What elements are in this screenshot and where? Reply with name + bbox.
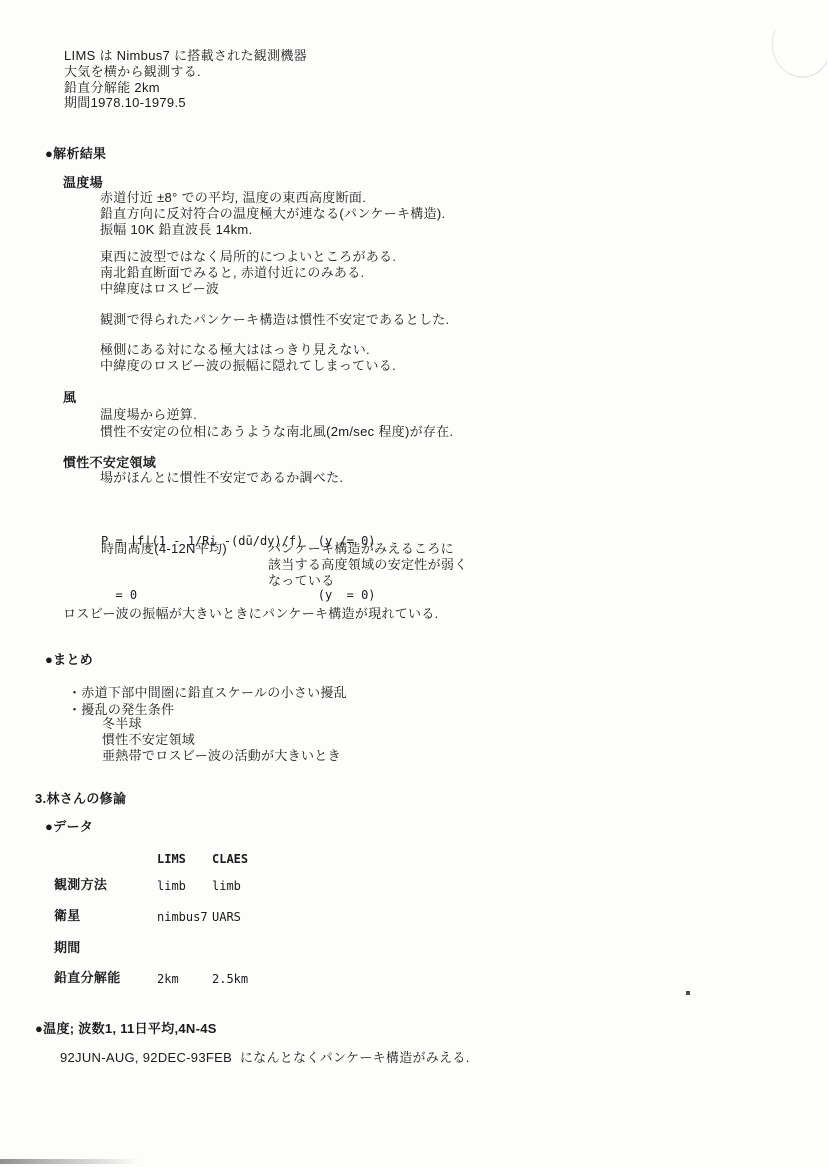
table-row-label: 鉛直分解能 [54,970,121,986]
intro-block: LIMS は Nimbus7 に搭載された観測機器 大気を横から観測する. 鉛直… [64,48,307,111]
scan-edge-smudge [0,1159,140,1164]
condition-line: 亜熱帯でロスビー波の活動が大きいとき [102,748,341,764]
temp-result-heading: ●温度; 波数1, 11日平均,4N-4S [35,1021,217,1037]
text-line: 振幅 10K 鉛直波長 14km. [100,222,445,238]
text-line: パンケーキ構造がみえるころに [268,541,468,557]
table-row-label: 期間 [54,940,81,956]
text-line: 南北鉛直断面でみると, 赤道付近にのみある. [100,265,396,281]
text-line: 中緯度のロスビー波の振幅に隠れてしまっている. [100,358,396,374]
text-line: 中緯度はロスビー波 [100,281,396,297]
text-line: 東西に波型ではなく局所的につよいところがある. [100,249,396,265]
page-curl-mark [764,7,828,86]
table-cell: 2km [157,970,179,988]
wind-para: 温度場から逆算. 慣性不安定の位相にあうような南北風(2m/sec 程度)が存在… [100,406,453,440]
summary-conditions: 冬半球 慣性不安定領域 亜熱帯でロスビー波の活動が大きいとき [102,716,341,763]
table-row-label: 衛星 [54,908,81,924]
table-cell: limb [157,877,186,895]
temperature-field-label: 温度場 [63,175,103,191]
data-heading: ●データ [45,819,93,835]
temperature-para1: 赤道付近 ±8° での平均, 温度の東西高度断面. 鉛直方向に反対符合の温度極大… [100,190,445,237]
intro-line: 期間1978.10-1979.5 [64,95,307,111]
bullet-line: ・赤道下部中間圏に鉛直スケールの小さい擾乱 [68,684,347,701]
scanned-document-page: LIMS は Nimbus7 に搭載された観測機器 大気を横から観測する. 鉛直… [0,0,828,1167]
intro-line: 鉛直分解能 2km [64,80,307,96]
condition-line: 冬半球 [102,716,341,732]
text-line: 鉛直方向に反対符合の温度極大が連なる(パンケーキ構造). [100,206,445,222]
intro-line: 大気を横から観測する. [64,64,307,80]
table-cell: limb [212,877,241,895]
analysis-heading: ●解析結果 [45,146,106,162]
table-row-label: 観測方法 [54,877,107,893]
inertial-intro: 場がほんとに慣性不安定であるか調べた. [100,470,343,486]
text-line: 温度場から逆算. [100,406,453,423]
wind-label: 風 [63,390,76,406]
inertial-region-label: 慣性不安定領域 [63,455,156,471]
temperature-para3: 観測で得られたパンケーキ構造は慣性不安定であるとした. [100,312,449,328]
text-line: 赤道付近 ±8° での平均, 温度の東西高度断面. [100,190,445,206]
time-height-label: 時間高度(4-12N平均) [101,541,227,557]
ink-speck [686,991,690,995]
time-height-note: パンケーキ構造がみえるころに 該当する高度領域の安定性が弱く なっている [268,541,468,589]
text-line: 該当する高度領域の安定性が弱く [268,557,468,573]
text-line: 極側にある対になる極大ははっきり見えない. [100,342,396,358]
temp-result-note: 92JUN-AUG, 92DEC-93FEB になんとなくパンケーキ構造がみえる… [60,1050,470,1066]
table-col-header-claes: CLAES [212,850,248,868]
text-line: 慣性不安定の位相にあうような南北風(2m/sec 程度)が存在. [100,423,453,440]
rossby-note: ロスビー波の振幅が大きいときにパンケーキ構造が現れている. [63,606,439,622]
table-cell: nimbus7 [157,908,208,926]
condition-line: 慣性不安定領域 [102,732,341,748]
thesis-heading: 3.林さんの修論 [35,791,126,807]
summary-bullets: ・赤道下部中間圏に鉛直スケールの小さい擾乱 ・擾乱の発生条件 [68,684,347,718]
intro-line: LIMS は Nimbus7 に搭載された観測機器 [64,48,307,64]
summary-heading: ●まとめ [45,652,93,668]
table-col-header-lims: LIMS [157,850,186,868]
temperature-para4: 極側にある対になる極大ははっきり見えない. 中緯度のロスビー波の振幅に隠れてしま… [100,342,396,374]
table-cell: 2.5km [212,970,248,988]
table-cell: UARS [212,908,241,926]
text-line: なっている [268,573,468,589]
temperature-para2: 東西に波型ではなく局所的につよいところがある. 南北鉛直断面でみると, 赤道付近… [100,249,396,296]
